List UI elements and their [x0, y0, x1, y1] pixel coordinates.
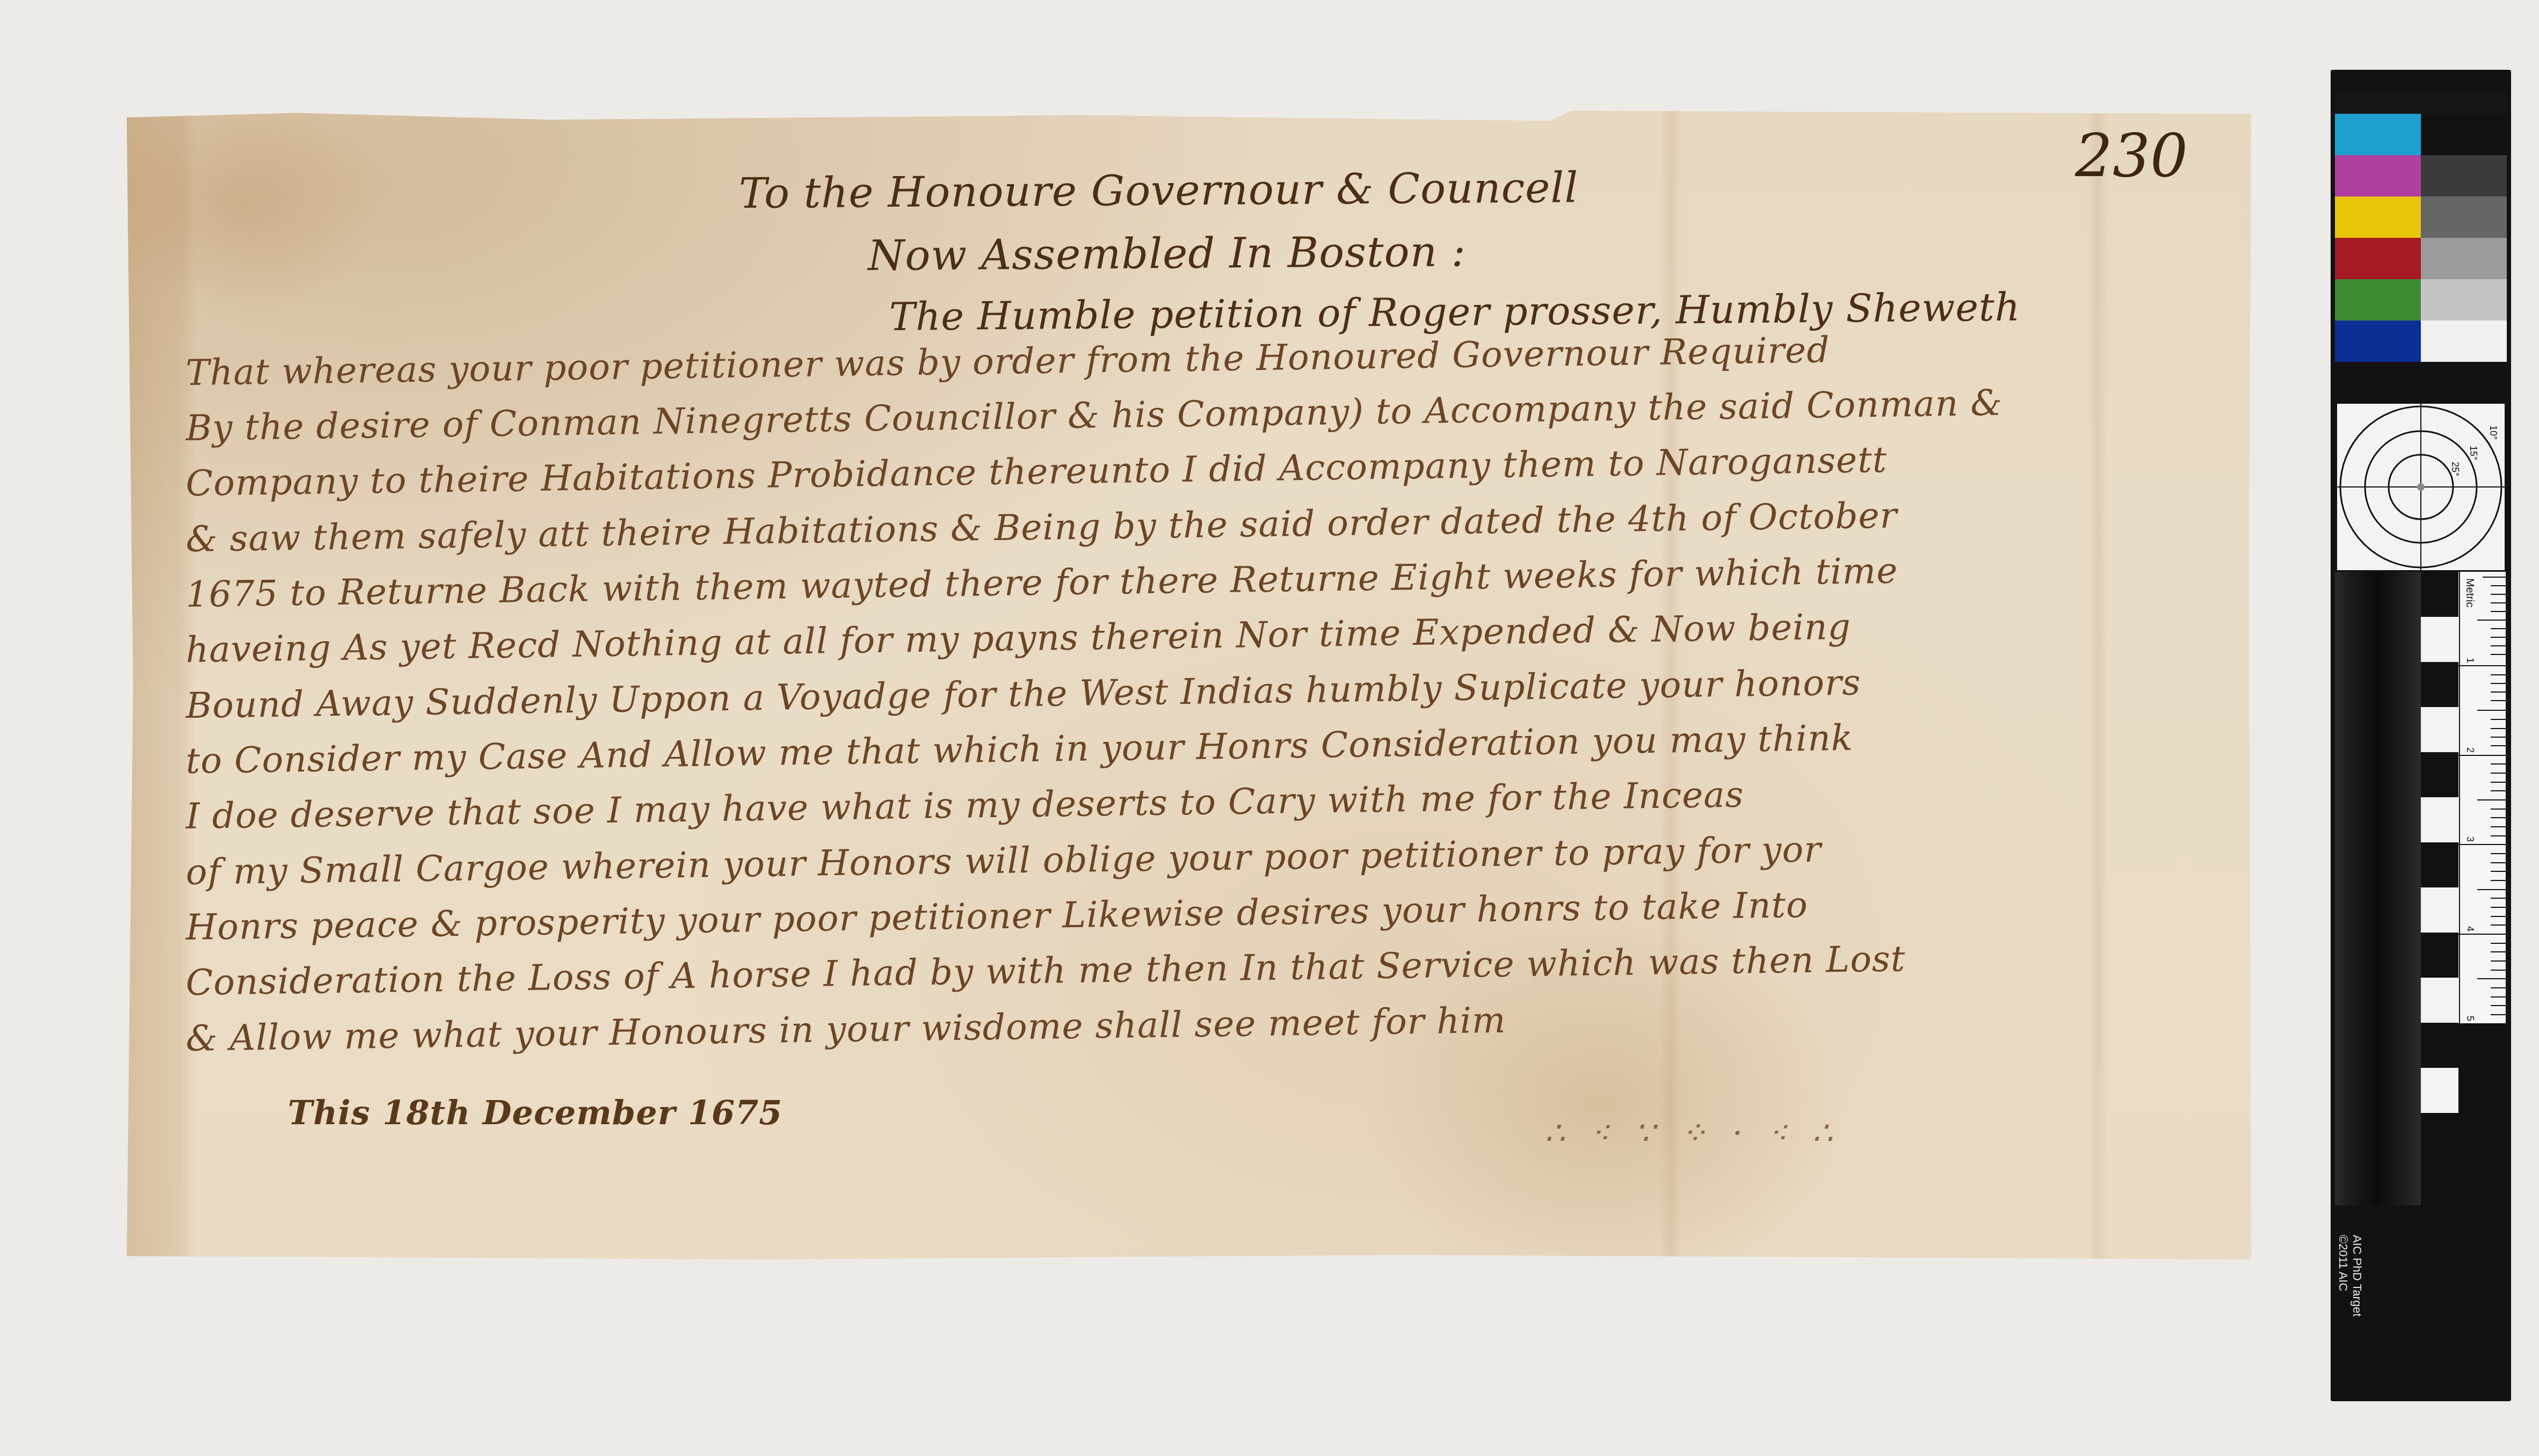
swatch-green: [2335, 279, 2421, 321]
dateline: This 18th December 1675: [288, 1093, 782, 1132]
svg-text:15°: 15°: [2468, 446, 2479, 460]
swatch-cyan: [2335, 114, 2421, 155]
swatch-black: [2421, 114, 2507, 155]
manuscript-sheet: 230 To the Honoure Governour & Councell …: [127, 111, 2251, 1260]
body-line: & saw them safely att theire Habitations…: [185, 495, 1897, 560]
focus-rings-icon: 10° 15° 25°: [2337, 404, 2505, 570]
swatch-gray: [2421, 238, 2507, 279]
target-name: AIC PhD Target: [2350, 1235, 2364, 1316]
body-line: of my Small Cargoe wherein your Honors w…: [185, 828, 1822, 893]
body-line: By the desire of Conman Ninegretts Counc…: [185, 382, 2003, 449]
body-line: Bound Away Suddenly Uppon a Voyadge for …: [185, 661, 1861, 726]
color-calibration-target: 10° 15° 25°: [2331, 70, 2511, 1401]
body-line: & Allow me what your Honours in your wis…: [185, 1000, 1506, 1059]
target-copyright: ©2011 AIC: [2336, 1235, 2350, 1291]
folio-number: 230: [2075, 121, 2188, 190]
ruler-metric-label: Metric: [2463, 578, 2476, 607]
swatch-yellow: [2335, 196, 2421, 238]
body-line: I doe deserve that soe I may have what i…: [185, 774, 1744, 837]
ruler-tick-label: 2: [2464, 747, 2476, 753]
color-swatch-grid: [2335, 92, 2507, 362]
faded-signature: ∴ ⁖ ∵ ⁘ · ⁖ ∴: [1544, 1115, 2135, 1152]
body-line: haveing As yet Recd Nothing at all for m…: [185, 606, 1851, 671]
body-line: Company to theire Habitations Probidance…: [185, 439, 1887, 504]
swatch-row: [2335, 114, 2507, 155]
swatch-light-gray: [2421, 279, 2507, 321]
swatch-blue: [2335, 321, 2421, 362]
address-line-1: To the Honoure Governour & Councell: [739, 164, 1579, 218]
petition-opening: The Humble petition of Roger prosser, Hu…: [889, 285, 2021, 339]
swatch-row: [2335, 196, 2507, 238]
ruler-tick-label: 5: [2464, 1016, 2476, 1021]
swatch-dark-gray: [2421, 155, 2507, 196]
scale-and-ruler: Metric 1 2 3 4 5: [2335, 572, 2507, 1205]
metric-ruler: [2458, 572, 2506, 1205]
dark-reference-strip: [2335, 572, 2421, 1205]
ruler-tick-label: 4: [2464, 926, 2476, 931]
paper-fold-line: [2087, 111, 2108, 1260]
swatch-black-band: [2335, 92, 2507, 114]
svg-text:10°: 10°: [2488, 425, 2499, 440]
target-branding: AIC PhD Target ©2011 AIC: [2340, 1235, 2373, 1385]
svg-text:25°: 25°: [2450, 462, 2461, 476]
body-line: That whereas your poor petitioner was by…: [185, 329, 1830, 394]
swatch-row: [2335, 279, 2507, 321]
checkerboard-scale: [2421, 572, 2458, 1205]
swatch-white: [2421, 321, 2507, 362]
ruler-tick-label: 3: [2464, 836, 2476, 842]
swatch-row: [2335, 321, 2507, 362]
swatch-red: [2335, 238, 2421, 279]
swatch-magenta: [2335, 155, 2421, 196]
focus-target: 10° 15° 25°: [2336, 403, 2506, 571]
address-line-2: Now Assembled In Boston :: [868, 228, 1466, 280]
swatch-row: [2335, 155, 2507, 196]
foxing-stain: [105, 89, 385, 315]
body-line: 1675 to Returne Back with them wayted th…: [185, 550, 1898, 615]
swatch-row: [2335, 238, 2507, 279]
swatch-mid-gray: [2421, 196, 2507, 238]
ruler-tick-label: 1: [2464, 658, 2476, 663]
body-line: to Consider my Case And Allow me that wh…: [185, 717, 1853, 782]
